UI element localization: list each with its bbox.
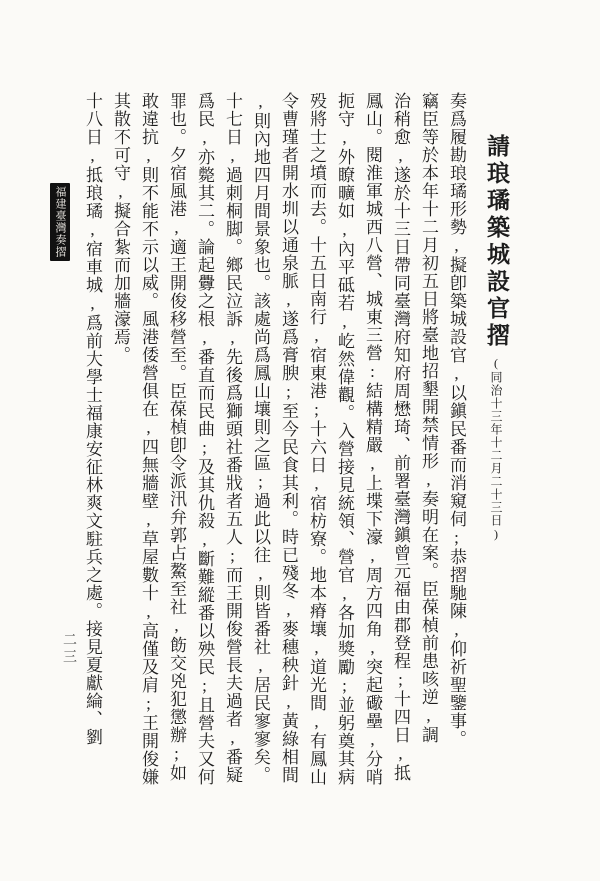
title-column: 請琅璚築城設官摺(同治十三年十二月二十三日) xyxy=(470,92,522,814)
text-column: ,則內地四月間景象也。該處尚爲鳳山壤則之區;過此以往,則皆番社,居民寥寥矣。 xyxy=(246,92,274,814)
memorial-date-note: (同治十三年十二月二十三日) xyxy=(489,356,503,542)
text-column: 竊臣等於本年十二月初五日將臺地招墾開禁情形,奏明在案。臣葆楨前患咳逆,調 xyxy=(414,92,442,814)
text-column: 十八日,抵琅璚,宿車城,爲前大學士福康安征林爽文駐兵之處。接見夏獻綸、劉 xyxy=(78,92,106,814)
text-column: 治稍愈,遂於十三日帶同臺灣府知府周懋琦、前署臺灣鎭曾元福由郡登程;十四日,抵 xyxy=(386,92,414,814)
text-column: 敢違抗,則不能不示以威。風港倭營俱在,四無牆壁,草屋數十,高僅及肩;王開俊嫌 xyxy=(134,92,162,814)
memorial-title: 請琅璚築城設官摺 xyxy=(484,134,509,350)
book-page: 福建臺灣奏摺 二三 請琅璚築城設官摺(同治十三年十二月二十三日) 奏爲履勘琅璚形… xyxy=(0,0,600,881)
text-column: 其散不可守,擬合紮而加牆濠焉。 xyxy=(106,92,134,814)
spine-tab-label: 福建臺灣奏摺 xyxy=(50,183,70,261)
page-number: 二三 xyxy=(58,632,78,666)
text-column: 爲民,亦斃其二。論起釁之根,番直而民曲;及其仇殺,斷難縱番以殃民;且營夫又何 xyxy=(190,92,218,814)
text-column: 殁將士之墳而去。十五日南行,宿東港;十六日,宿枋寮。地本瘠壤,道光間,有鳳山 xyxy=(302,92,330,814)
text-column: 扼守,外瞭曠如,內平砥若,屹然偉觀。入營接見統領、營官,各加獎勵;並躬奠其病 xyxy=(330,92,358,814)
text-column: 十七日,過刺桐脚。鄉民泣訴,先後爲獅頭社番戕者五人;而王開俊營長夫過者,番疑 xyxy=(218,92,246,814)
text-column: 令曹瑾者開水圳以通泉脈,遂爲膏腴;至今民食其利。時已殘冬,麥穗秧針,黃綠相間 xyxy=(274,92,302,814)
text-column: 鳳山。閱淮軍城西八營、城東三營:結構精嚴,上堞下濠,周方四角,突起礮壘,分哨 xyxy=(358,92,386,814)
memorial-text-block: 請琅璚築城設官摺(同治十三年十二月二十三日) 奏爲履勘琅璚形勢,擬卽築城設官,以… xyxy=(78,92,522,814)
text-column: 罪也。夕宿風港,適王開俊移營至。臣葆楨卽令派汛弁郭占鰲至社,飭交兇犯懲辦;如 xyxy=(162,92,190,814)
text-column: 奏爲履勘琅璚形勢,擬卽築城設官,以鎭民番而消窺伺;恭摺馳陳,仰祈聖鑒事。 xyxy=(442,92,470,814)
